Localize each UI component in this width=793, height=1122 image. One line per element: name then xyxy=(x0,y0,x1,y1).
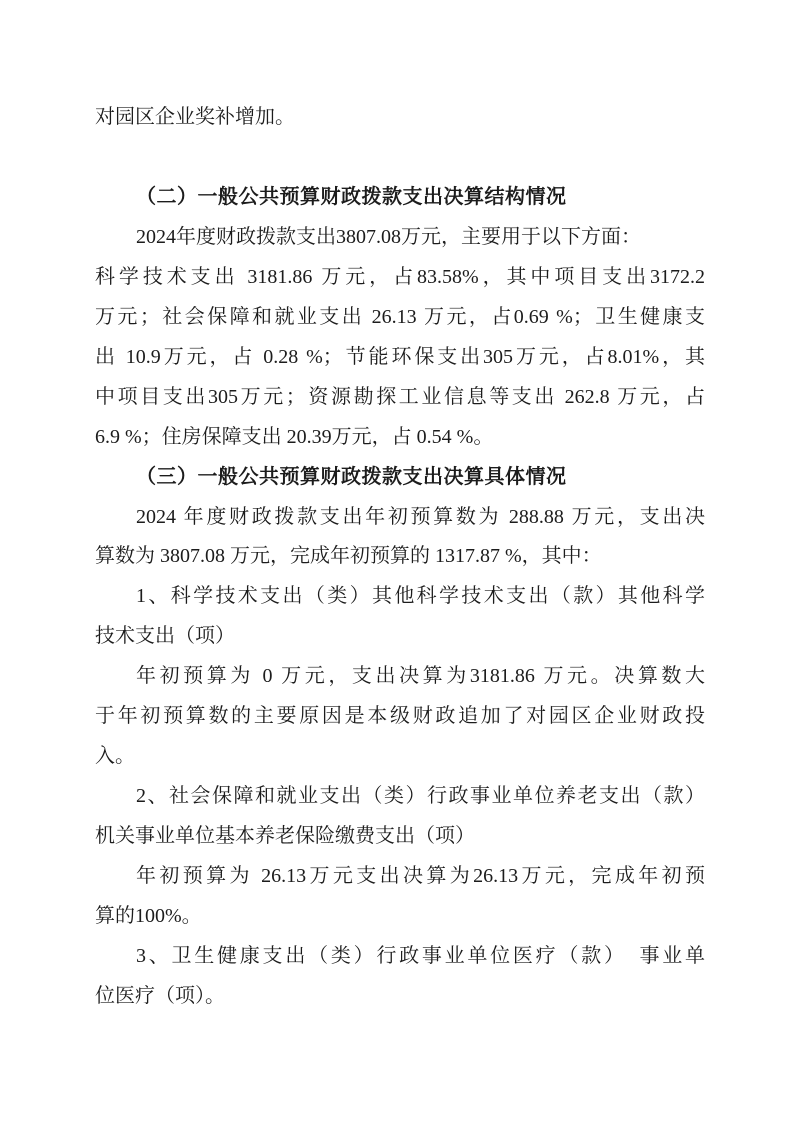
item-1-title-line-2: 技术支出（项） xyxy=(95,617,705,657)
expenditure-structure-line-2: 科学技术支出 3181.86 万元，占83.58%，其中项目支出3172.2 xyxy=(95,258,705,298)
expenditure-detail-intro-line-2: 算数为 3807.08 万元，完成年初预算的 1317.87 %，其中： xyxy=(95,537,705,577)
section-heading-2: （二）一般公共预算财政拨款支出决算结构情况 xyxy=(95,178,705,218)
section-heading-3: （三）一般公共预算财政拨款支出决算具体情况 xyxy=(95,458,705,498)
item-2-detail-line-2: 算的100%。 xyxy=(95,897,705,937)
item-1-detail-line-1: 年初预算为 0 万元，支出决算为3181.86 万元。决算数大 xyxy=(95,657,705,697)
expenditure-structure-line-1: 2024年度财政拨款支出3807.08万元，主要用于以下方面： xyxy=(95,218,705,258)
expenditure-structure-line-6: 6.9 %；住房保障支出 20.39万元，占 0.54 %。 xyxy=(95,418,705,458)
expenditure-structure-line-5: 中项目支出305万元；资源勘探工业信息等支出 262.8 万元，占 xyxy=(95,378,705,418)
item-2-title-line-2: 机关事业单位基本养老保险缴费支出（项） xyxy=(95,817,705,857)
item-1-detail-line-3: 入。 xyxy=(95,737,705,777)
item-3-title-line-1: 3、卫生健康支出（类）行政事业单位医疗（款） 事业单 xyxy=(95,937,705,977)
item-1-detail-line-2: 于年初预算数的主要原因是本级财政追加了对园区企业财政投 xyxy=(95,697,705,737)
paragraph-tail-line: 对园区企业奖补增加。 xyxy=(95,98,705,138)
item-2-title-line-1: 2、社会保障和就业支出（类）行政事业单位养老支出（款） xyxy=(95,777,705,817)
item-3-title-line-2: 位医疗（项）。 xyxy=(95,977,705,1017)
expenditure-structure-line-3: 万元；社会保障和就业支出 26.13 万元，占0.69 %；卫生健康支 xyxy=(95,298,705,338)
item-2-detail-line-1: 年初预算为 26.13万元支出决算为26.13万元，完成年初预 xyxy=(95,857,705,897)
expenditure-structure-line-4: 出 10.9万元，占 0.28 %；节能环保支出305万元，占8.01%，其 xyxy=(95,338,705,378)
item-1-title-line-1: 1、科学技术支出（类）其他科学技术支出（款）其他科学 xyxy=(95,577,705,617)
document-page: 对园区企业奖补增加。 （二）一般公共预算财政拨款支出决算结构情况 2024年度财… xyxy=(95,98,705,1017)
expenditure-detail-intro-line-1: 2024 年度财政拨款支出年初预算数为 288.88 万元，支出决 xyxy=(95,498,705,538)
blank-line xyxy=(95,138,705,178)
